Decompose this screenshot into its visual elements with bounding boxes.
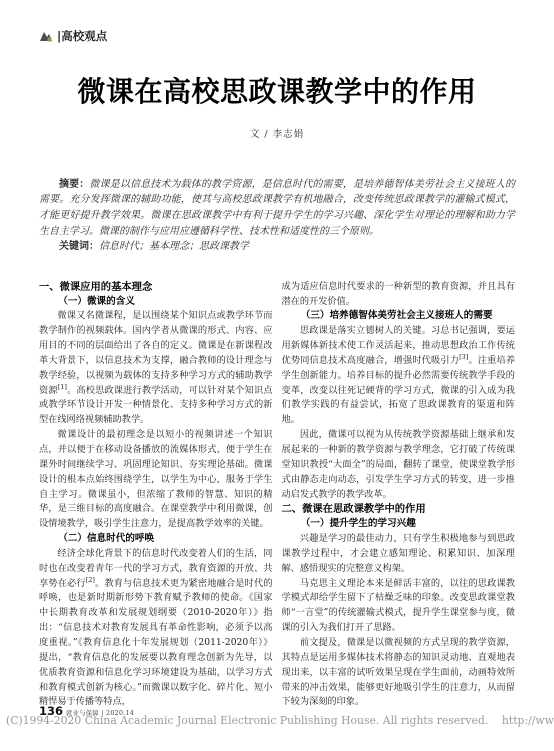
masthead-section-label: |高校观点	[57, 28, 107, 44]
section-heading: （三）培养德智体美劳社会主义接班人的需要	[282, 309, 516, 324]
article-title: 微课在高校思政课教学中的作用	[39, 77, 515, 107]
keywords-label: 关键词：	[59, 241, 99, 252]
keywords-line: 关键词：信息时代；基本理念；思政课教学	[39, 239, 515, 255]
body-columns: 一、微课应用的基本理念（一）微课的含义微课又名微课程，是以围绕某个知识点或教学环…	[39, 280, 515, 710]
column-right: 成为适应信息时代要求的一种新型的教育资源，并且具有潜在的开发价值。（三）培养德智…	[282, 280, 516, 710]
body-paragraph: 兴趣是学习的最佳动力，只有学生积极地参与到思政课教学过程中，才会建立感知理论、积…	[282, 532, 516, 577]
body-paragraph: 思政课是落实立德树人的关键。习总书记强调，要运用新媒体新技术使工作灵活起来，推动…	[282, 324, 516, 428]
citation-ref: [2]	[86, 576, 95, 584]
citation-ref: [1]	[58, 383, 67, 391]
masthead: |高校观点	[39, 28, 515, 44]
body-paragraph: 微课又名微课程，是以围绕某个知识点或教学环节而教学制作的视频载体。国内学者从微课…	[39, 309, 273, 428]
column-left: 一、微课应用的基本理念（一）微课的含义微课又名微课程，是以围绕某个知识点或教学环…	[39, 280, 273, 710]
abstract-text: 微课是以信息技术为载体的教学资源，是信息时代的需要，是培养德智体美劳社会主义接班…	[39, 179, 515, 237]
body-paragraph: 成为适应信息时代要求的一种新型的教育资源，并且具有潜在的开发价值。	[282, 280, 516, 310]
section-heading: （一）微课的含义	[39, 295, 273, 310]
article-page: |高校观点 微课在高校思政课教学中的作用 文 / 李志娟 摘要：微课是以信息技术…	[0, 0, 554, 710]
body-paragraph: 微课设计的最初理念是以短小的视频讲述一个知识点，并以便于在移动设备播放的流媒体形…	[39, 428, 273, 532]
abstract-block: 摘要：微课是以信息技术为载体的教学资源，是信息时代的需要，是培养德智体美劳社会主…	[39, 177, 515, 255]
section-heading: （二）信息时代的呼唤	[39, 532, 273, 547]
section-heading: （一）提升学生的学习兴趣	[282, 517, 516, 532]
journal-logo-icon	[39, 30, 53, 43]
article-byline: 文 / 李志娟	[39, 126, 515, 140]
section-heading: 一、微课应用的基本理念	[39, 280, 273, 295]
body-paragraph: 经济全球化背景下的信息时代改变着人们的生活，同时也在改变着青年一代的学习方式，教…	[39, 547, 273, 710]
copyright-line: (C)1994-2020 China Academic Journal Elec…	[6, 714, 554, 727]
citation-ref: [3]	[459, 353, 468, 361]
abstract-paragraph: 摘要：微课是以信息技术为载体的教学资源，是信息时代的需要，是培养德智体美劳社会主…	[39, 177, 515, 239]
body-paragraph: 前文提及，微课是以微视频的方式呈现的教学资源，其特点是运用多媒体技术将静态的知识…	[282, 636, 516, 710]
body-paragraph: 因此，微课可以视为从传统教学资源基础上继承和发展起来的一种新的教学资源与教学理念…	[282, 428, 516, 502]
section-heading: 二、微课在思政课教学中的作用	[282, 502, 516, 517]
keywords-text: 信息时代；基本理念；思政课教学	[99, 241, 249, 252]
abstract-label: 摘要：	[59, 179, 89, 190]
body-paragraph: 马克思主义理论本来是鲜活丰富的，以往的思政课教学模式却给学生留下了枯燥乏味的印象…	[282, 577, 516, 636]
